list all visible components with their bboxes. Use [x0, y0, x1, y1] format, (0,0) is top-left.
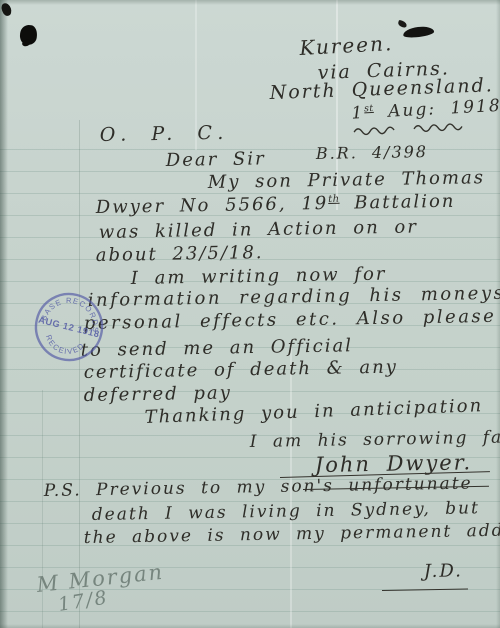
- body-line2-post: Battalion: [339, 191, 455, 214]
- letter-page: Kureen. via Cairns. North Queensland. 1s…: [0, 0, 500, 628]
- ps-underlined-word: unfortunate: [348, 474, 473, 496]
- body-line2-sup: th: [328, 194, 340, 205]
- ps-line: death I was living in Sydney, but: [92, 500, 480, 524]
- paper-edge-shadow: [0, 0, 8, 628]
- ink-blot: [397, 20, 407, 28]
- ps-line: the above is now my permanent address: [84, 522, 500, 547]
- stamp-arc-bottom: RECEIVED: [41, 332, 88, 361]
- file-code: O. P. C.: [100, 124, 230, 145]
- body-line: personal effects etc. Also please: [84, 308, 497, 333]
- date-day: 1: [351, 103, 365, 124]
- ink-blot: [403, 25, 435, 39]
- header-date: 1st Aug: 1918.: [351, 97, 500, 123]
- paper-edge-shadow: [0, 0, 500, 5]
- br-number: B.R. 4/398: [316, 144, 428, 162]
- body-line: about 23/5/18.: [96, 244, 264, 265]
- salutation: Dear Sir: [166, 150, 266, 170]
- closing-line: I am his sorrowing father: [250, 429, 500, 451]
- paper-edge-shadow: [0, 624, 500, 628]
- initials-underline: [382, 588, 468, 591]
- body-line2-pre: Dwyer No 5566, 19: [96, 193, 329, 218]
- header-place-line1: Kureen.: [299, 33, 394, 58]
- body-line: to send me an Official: [81, 337, 353, 360]
- date-underline-squiggle: [352, 120, 474, 136]
- ps-initials: J.D.: [424, 562, 463, 581]
- body-line: certificate of death & any: [84, 359, 398, 382]
- body-line: My son Private Thomas: [208, 169, 485, 192]
- body-line: was killed in Action on or: [99, 218, 418, 242]
- body-line: Dwyer No 5566, 19th Battalion: [96, 193, 456, 217]
